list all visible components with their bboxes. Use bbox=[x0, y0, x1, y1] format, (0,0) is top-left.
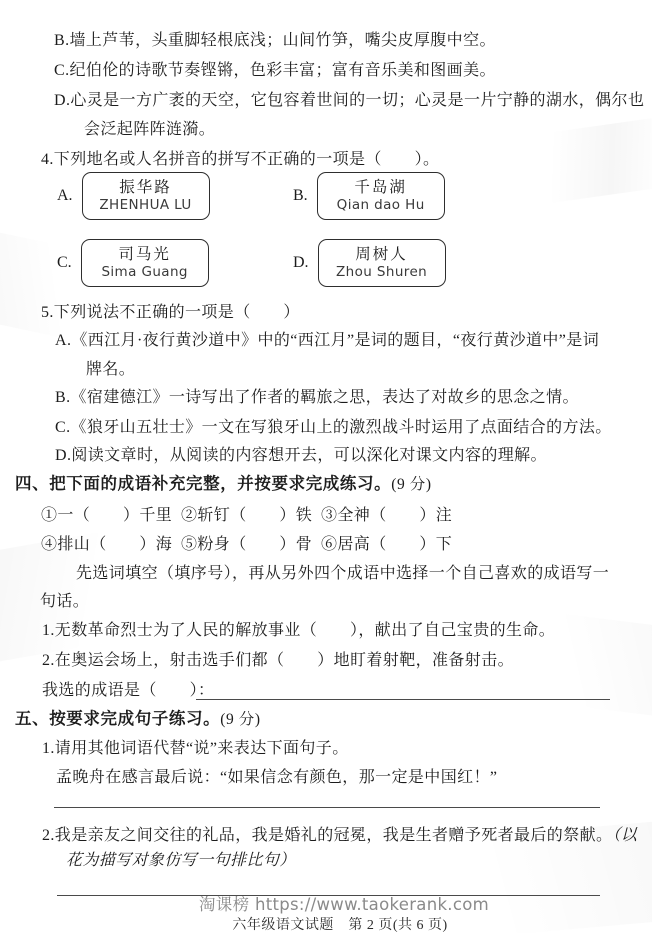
watermark-link-text: 淘课榜 https://www.taokerank.com bbox=[18, 891, 652, 915]
idiom-4: ④排山（ ）海 bbox=[41, 534, 172, 556]
q4-option-a-pinyin: ZHENHUA LU bbox=[99, 197, 191, 214]
section4-item2: 2.在奥运会场上，射击选手们都（ ）地盯着射靶，准备射击。 bbox=[42, 650, 514, 672]
q4-option-d-pinyin: Zhou Shuren bbox=[336, 264, 427, 281]
section4-points: (9 分) bbox=[391, 476, 431, 493]
q4-option-b: B. 千岛湖 Qian dao Hu bbox=[293, 172, 445, 220]
section4-item1: 1.无数革命烈士为了人民的解放事业（ ），献出了自己宝贵的生命。 bbox=[42, 620, 555, 642]
section5-item2: 2.我是亲友之间交往的礼品，我是婚礼的冠冕，我是生者赠予死者最后的祭献。（以 bbox=[42, 825, 637, 847]
q5-option-b: B.《宿建德江》一诗写出了作者的羁旅之思，表达了对故乡的思念之情。 bbox=[55, 387, 579, 409]
section5-item2-text: 2.我是亲友之间交往的礼品，我是婚礼的冠冕，我是生者赠予死者最后的祭献。 bbox=[42, 827, 612, 844]
page-number-info: 六年级语文试题 第 2 页(共 6 页) bbox=[14, 914, 652, 934]
section5-item1: 1.请用其他词语代替“说”来表达下面句子。 bbox=[42, 738, 349, 760]
q4-option-c-pinyin: Sima Guang bbox=[101, 264, 187, 281]
section4-instruction-line1: 先选词填空（填序号），再从另外四个成语中选择一个自己喜欢的成语写一 bbox=[76, 563, 609, 585]
q4-option-d-label: D. bbox=[293, 254, 309, 272]
idiom-3: ③全神（ ）注 bbox=[321, 505, 452, 527]
q4-option-c-name: 司马光 bbox=[118, 245, 171, 264]
answer-blank-chosen-idiom bbox=[196, 699, 610, 700]
q5-option-c: C.《狼牙山五壮士》一文在写狼牙山上的激烈战斗时运用了点面结合的方法。 bbox=[55, 417, 612, 439]
q5-stem: 5.下列说法不正确的一项是（ ） bbox=[41, 302, 300, 324]
q4-option-a-label: A. bbox=[57, 187, 73, 205]
idiom-6: ⑥居高（ ）下 bbox=[321, 534, 452, 556]
section5-heading-text: 五、按要求完成句子练习。 bbox=[15, 710, 220, 728]
q5-option-a-continued: 牌名。 bbox=[86, 359, 135, 381]
section5-heading: 五、按要求完成句子练习。(9 分) bbox=[15, 708, 261, 731]
section5-item2-note-start: （以 bbox=[612, 827, 637, 844]
q4-option-a-box: 振华路 ZHENHUA LU bbox=[82, 172, 210, 220]
q4-option-b-pinyin: Qian dao Hu bbox=[337, 197, 425, 214]
section4-heading-text: 四、把下面的成语补充完整，并按要求完成练习。 bbox=[15, 475, 391, 493]
q4-option-b-box: 千岛湖 Qian dao Hu bbox=[317, 172, 445, 220]
idiom-1: ①一（ ）千里 bbox=[41, 505, 172, 527]
scan-artifact bbox=[466, 116, 652, 213]
q4-option-a-name: 振华路 bbox=[119, 178, 172, 197]
q4-option-d-box: 周树人 Zhou Shuren bbox=[318, 239, 446, 287]
q4-stem: 4.下列地名或人名拼音的拼写不正确的一项是（ ）。 bbox=[41, 149, 439, 171]
q3-option-d-continued: 会泛起阵阵涟漪。 bbox=[84, 119, 215, 141]
q4-option-a: A. 振华路 ZHENHUA LU bbox=[57, 172, 210, 220]
answer-blank-rewrite-sentence bbox=[54, 807, 600, 808]
idiom-2: ②斩钉（ ）铁 bbox=[181, 505, 312, 527]
q4-option-b-name: 千岛湖 bbox=[354, 178, 407, 197]
q3-option-b: B.墙上芦苇，头重脚轻根底浅；山间竹笋，嘴尖皮厚腹中空。 bbox=[54, 30, 496, 52]
section5-points: (9 分) bbox=[220, 711, 260, 728]
exam-paper-page: B.墙上芦苇，头重脚轻根底浅；山间竹笋，嘴尖皮厚腹中空。 C.纪伯伦的诗歌节奏铿… bbox=[0, 0, 652, 945]
q4-option-c-label: C. bbox=[57, 254, 72, 272]
section4-instruction-line2: 句话。 bbox=[40, 591, 89, 613]
q3-option-d: D.心灵是一方广袤的天空，它包容着世间的一切；心灵是一片宁静的湖水，偶尔也 bbox=[54, 90, 644, 112]
q5-option-a: A.《西江月·夜行黄沙道中》中的“西江月”是词的题目，“夜行黄沙道中”是词 bbox=[55, 330, 599, 352]
q4-option-d: D. 周树人 Zhou Shuren bbox=[293, 239, 446, 287]
q4-option-b-label: B. bbox=[293, 187, 308, 205]
q4-option-d-name: 周树人 bbox=[355, 245, 408, 264]
q4-option-c-box: 司马光 Sima Guang bbox=[81, 239, 209, 287]
idiom-5: ⑤粉身（ ）骨 bbox=[181, 534, 312, 556]
q4-option-c: C. 司马光 Sima Guang bbox=[57, 239, 209, 287]
section4-chosen-label: 我选的成语是（ ）： bbox=[42, 680, 214, 702]
section4-heading: 四、把下面的成语补充完整，并按要求完成练习。(9 分) bbox=[15, 473, 432, 496]
section5-item1-sentence: 孟晚舟在感言最后说：“如果信念有颜色，那一定是中国红！” bbox=[56, 767, 497, 789]
section5-item2-note-continued: 花为描写对象仿写一句排比句） bbox=[66, 850, 296, 872]
q3-option-c: C.纪伯伦的诗歌节奏铿锵，色彩丰富；富有音乐美和图画美。 bbox=[54, 60, 496, 82]
q5-option-d: D.阅读文章时，从阅读的内容想开去，可以深化对课文内容的理解。 bbox=[55, 445, 547, 467]
